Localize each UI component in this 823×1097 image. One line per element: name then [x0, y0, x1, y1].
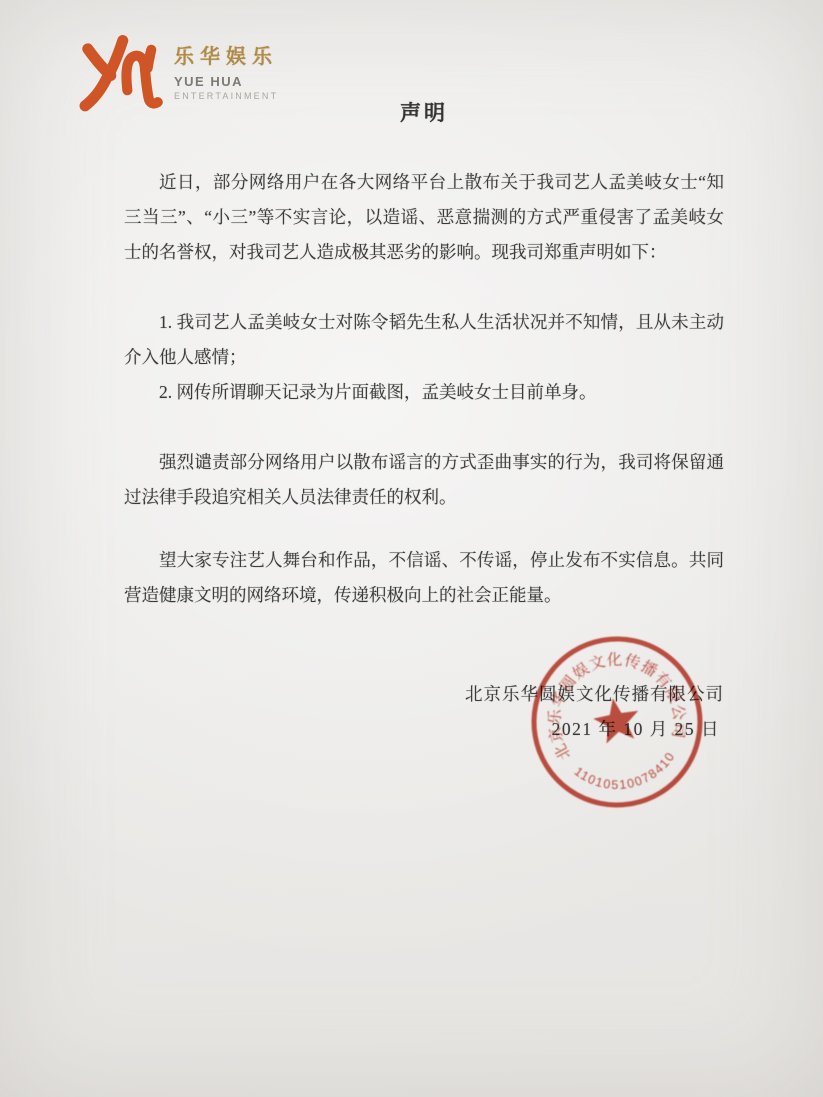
list-item-1: 1. 我司艺人孟美岐女士对陈令韬先生私人生活状况并不知情，且从未主动介入他人感情…: [124, 305, 724, 375]
company-seal-stamp: 北京乐华圆娱文化传播有限公司 11010510078410: [484, 589, 750, 855]
seal-number: 11010510078410: [570, 747, 682, 800]
statement-document: 乐华娱乐 YUE HUA ENTERTAINMENT 声明 近日，部分网络用户在…: [0, 0, 823, 1097]
paragraph-condemn: 强烈谴责部分网络用户以散布谣言的方式歪曲事实的行为，我司将保留通过法律手段追究相…: [124, 445, 724, 515]
list-item-2: 2. 网传所谓聊天记录为片面截图，孟美岐女士目前单身。: [124, 375, 724, 410]
star-icon: [590, 694, 642, 745]
page-title: 声明: [124, 99, 724, 127]
paragraph-intro: 近日，部分网络用户在各大网络平台上散布关于我司艺人孟美岐女士“知三当三”、“小三…: [124, 165, 724, 270]
